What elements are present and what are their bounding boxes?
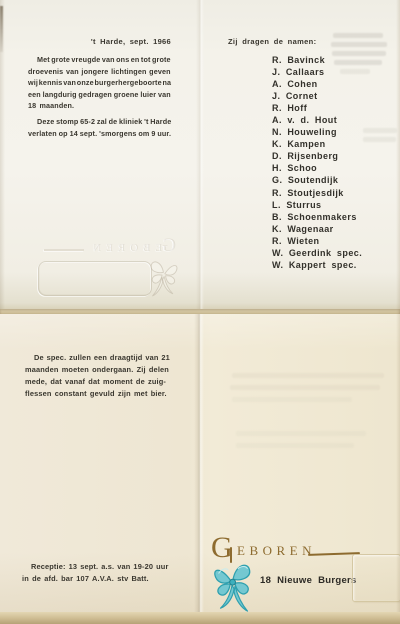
card-inside-spread: 't Harde, sept. 1966 Met grote vreugde v… — [0, 0, 400, 309]
spec-paragraph: De spec. zullen een draagtijd van 21 maa… — [25, 352, 170, 400]
list-item: H. Schoo — [272, 162, 362, 174]
list-item: N. Houweling — [272, 126, 362, 138]
list-item: R. Hoff — [272, 102, 362, 114]
dateline: 't Harde, sept. 1966 — [28, 37, 171, 46]
list-item: R. Wieten — [272, 235, 362, 247]
list-item: R. Stoutjesdijk — [272, 187, 362, 199]
center-fold-crease — [196, 0, 204, 309]
cover-fold-crease — [194, 314, 204, 612]
embossed-title: GEBOREN — [88, 236, 176, 256]
embossed-frame-front — [352, 554, 400, 602]
names-list: R. Bavinck J. Callaars A. Cohen J. Corne… — [272, 54, 362, 271]
clinic-paragraph: Deze stomp 65-2 zal de kliniek 't Harde … — [28, 116, 171, 139]
showthrough-smudge — [334, 60, 382, 65]
paragraph-line: droevenis van jongere lichtingen geven — [28, 66, 171, 78]
list-item: G. Soutendijk — [272, 174, 362, 186]
showthrough-smudge — [340, 69, 370, 74]
names-heading: Zij dragen de namen: — [228, 37, 316, 46]
showthrough-smudge — [332, 51, 386, 56]
reception-paragraph: Receptie: 13 sept. a.s. van 19-20 uur in… — [22, 561, 168, 585]
paragraph-line: mede, dat vanaf dat moment de zuig- — [25, 376, 170, 388]
paragraph-line: verlaten op 14 sept. 'smorgens om 9 uur. — [28, 128, 171, 140]
list-item: B. Schoenmakers — [272, 211, 362, 223]
list-item: W. Kappert spec. — [272, 259, 362, 271]
paragraph-line: Receptie: 13 sept. a.s. van 19-20 uur — [22, 561, 168, 573]
paragraph-line: maanden moeten ondergaan. Zij delen — [25, 364, 170, 376]
list-item: K. Kampen — [272, 138, 362, 150]
showthrough-smudge — [363, 137, 396, 142]
paragraph-line: 18 maanden. — [28, 100, 171, 112]
list-item: K. Wagenaar — [272, 223, 362, 235]
list-item: J. Cornet — [272, 90, 362, 102]
paragraph-line: Deze stomp 65-2 zal de kliniek 't Harde — [28, 116, 171, 128]
scan-bottom-edge — [0, 612, 400, 624]
embossed-showthrough: GEBOREN — [36, 236, 176, 298]
list-item: D. Rijsenberg — [272, 150, 362, 162]
list-item: W. Geerdink spec. — [272, 247, 362, 259]
list-item: A. v. d. Hout — [272, 114, 362, 126]
embossed-bow-icon — [144, 258, 180, 298]
scanned-birth-announcement-card: 't Harde, sept. 1966 Met grote vreugde v… — [0, 0, 400, 624]
showthrough-smudge — [236, 443, 354, 448]
paragraph-line: De spec. zullen een draagtijd van 21 — [25, 352, 170, 364]
paragraph-line: Met grote vreugde van ons en tot grote — [28, 54, 171, 66]
embossed-frame — [38, 261, 152, 296]
showthrough-smudge — [331, 42, 387, 47]
paragraph-line: wij kennis van onze burgerhergeboorte na — [28, 77, 171, 89]
paragraph-line: in de afd. bar 107 A.V.A. stv Batt. — [22, 573, 168, 585]
showthrough-smudge — [232, 397, 352, 402]
cover-subtitle: 18 Nieuwe Burgers — [260, 575, 357, 586]
list-item: L. Sturrus — [272, 199, 362, 211]
showthrough-smudge — [363, 128, 397, 133]
right-edge-shadow — [396, 0, 400, 624]
showthrough-smudge — [232, 373, 384, 378]
left-edge-mark — [0, 6, 3, 52]
showthrough-smudge — [236, 431, 366, 436]
list-item: A. Cohen — [272, 78, 362, 90]
teal-ribbon-bow-icon — [210, 560, 260, 614]
showthrough-smudge — [230, 385, 380, 390]
announcement-paragraph: Met grote vreugde van ons en tot grote d… — [28, 54, 171, 112]
paragraph-line: flessen constant gevuld zijn met bier. — [25, 388, 170, 400]
cover-title-rest: EBOREN — [237, 544, 316, 557]
embossed-underline — [44, 249, 84, 251]
showthrough-smudge — [333, 33, 383, 38]
paragraph-line: een langdurig gedragen groene luier van — [28, 89, 171, 101]
